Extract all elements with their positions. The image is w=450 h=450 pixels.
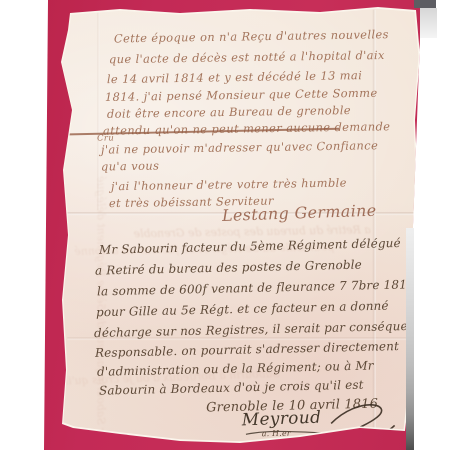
photo-corner-dark-patch	[414, 0, 436, 8]
manuscript-line: j'ai l'honneur d'etre votre très humble	[111, 176, 347, 194]
signature-first: Lestang Germaine	[222, 201, 377, 225]
letter-paper: a Retiré du bureau des postes de Grenobl…	[2, 2, 448, 448]
manuscript-line: doit être encore au Bureau de grenoble	[107, 103, 351, 121]
manuscript-line: qu'a vous	[101, 159, 160, 174]
manuscript-line: j'ai ne pouvoir m'adresser qu'avec Confi…	[101, 138, 378, 156]
manuscript-line: a Retiré du bureau des postes de Grenobl…	[95, 258, 362, 278]
manuscript-line: 1814. j'ai pensé Monsieur que Cette Somm…	[105, 86, 378, 104]
page: a Retiré du bureau des postes de Grenobl…	[0, 0, 450, 450]
manuscript-line: Responsable. on pourrait s'adresser dire…	[95, 339, 399, 360]
manuscript-line: le 14 avril 1814 et y est décédé le 13 m…	[107, 68, 362, 86]
manuscript-line: Cette époque on n'a Reçu d'autres nouvel…	[114, 27, 389, 45]
manuscript-line: attendu qu'on ne peut mener aucune deman…	[103, 119, 391, 137]
right-margin-gray-block	[420, 8, 437, 38]
manuscript-line: la somme de 600f venant de fleurance 7 7…	[97, 277, 415, 298]
right-margin-gray-strip	[406, 228, 414, 450]
manuscript-line: que l'acte de décès est notté a l'hopita…	[109, 48, 385, 66]
manuscript-line: pour Gille au 5e Régt. et ce facteur en …	[96, 299, 389, 320]
signature-paraph	[329, 402, 398, 442]
letter-photo[interactable]: a Retiré du bureau des postes de Grenobl…	[0, 0, 450, 450]
